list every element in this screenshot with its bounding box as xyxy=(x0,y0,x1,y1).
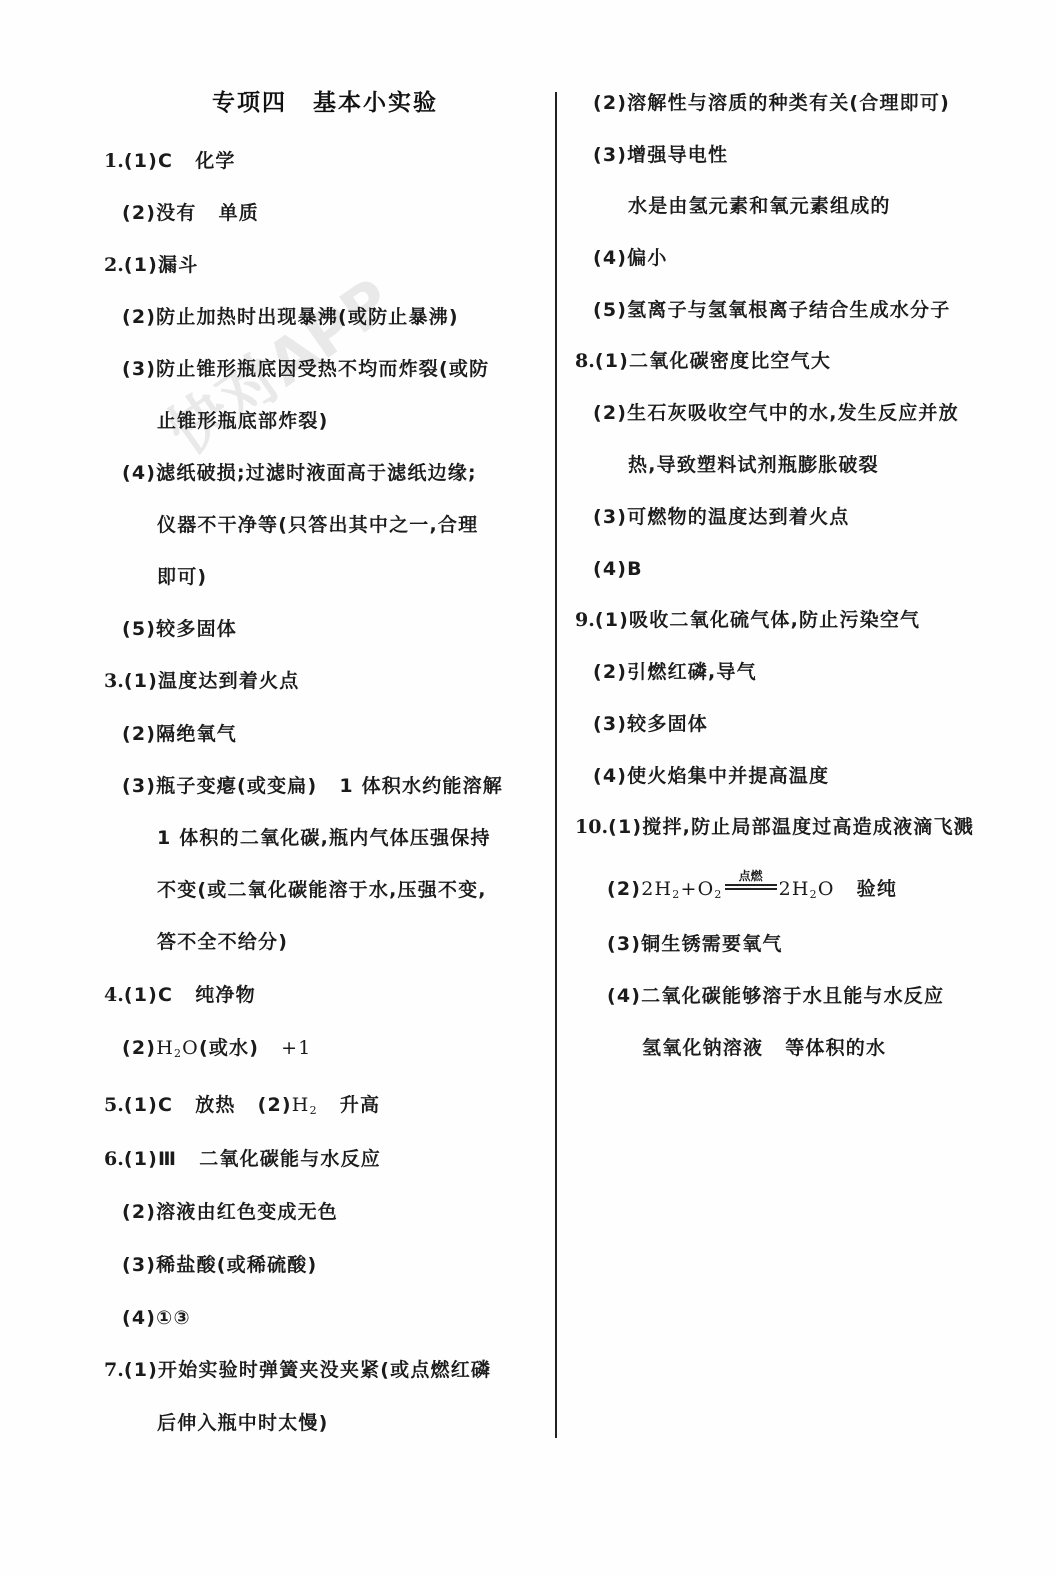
answer-line: 热,导致塑料试剂瓶膨胀破裂 xyxy=(628,452,879,478)
answer-text-secondary: 等体积的水 xyxy=(785,1037,886,1059)
question-number: 3. xyxy=(104,670,124,692)
formula-subscript: 2 xyxy=(310,1104,318,1117)
question-number: 1. xyxy=(104,150,124,172)
answer-line: (2)生石灰吸收空气中的水,发生反应并放 xyxy=(593,400,959,426)
reaction-equals-sign: 点燃 xyxy=(725,877,777,897)
sub-question-label: (2) xyxy=(258,1094,292,1116)
answer-text: (1)二氧化碳密度比空气大 xyxy=(595,350,831,372)
answer-text: (2)生石灰吸收空气中的水,发生反应并放 xyxy=(593,402,959,424)
answer-line: (5)氢离子与氢氧根离子结合生成水分子 xyxy=(593,297,950,323)
answer-text: 热,导致塑料试剂瓶膨胀破裂 xyxy=(628,454,879,476)
formula-element: O xyxy=(182,1037,199,1059)
answer-line: (4)二氧化碳能够溶于水且能与水反应 xyxy=(607,983,944,1009)
answer-line: (4)①③ xyxy=(122,1305,191,1331)
answer-line: 10.(1)搅拌,防止局部温度过高造成液滴飞溅 xyxy=(575,814,974,840)
formula-element: H xyxy=(156,1037,174,1059)
answer-text: 二氧化碳能与水反应 xyxy=(199,1148,381,1170)
answer-text: (3)瓶子变瘪(或变扁) xyxy=(122,775,317,797)
answer-text: (2)隔绝氧气 xyxy=(122,723,237,745)
answer-text: (3)较多固体 xyxy=(593,713,708,735)
answer-line: (2)溶液由红色变成无色 xyxy=(122,1199,338,1225)
answer-line: 3.(1)温度达到着火点 xyxy=(104,668,299,694)
answer-text: 后伸入瓶中时太慢) xyxy=(157,1412,328,1434)
sub-question-label: (2) xyxy=(122,1037,156,1059)
answer-text-secondary: 1 体积水约能溶解 xyxy=(339,775,503,797)
answer-line: 即可) xyxy=(157,564,207,590)
answer-text: (1)温度达到着火点 xyxy=(124,670,300,692)
answer-line: 1 体积的二氧化碳,瓶内气体压强保持 xyxy=(157,825,491,851)
answer-text: 升高 xyxy=(340,1094,380,1116)
answer-value: +1 xyxy=(281,1037,311,1059)
answer-text: (5)较多固体 xyxy=(122,618,237,640)
answer-text: 止锥形瓶底部炸裂) xyxy=(157,410,328,432)
answer-text: (2)溶液由红色变成无色 xyxy=(122,1201,338,1223)
answer-line: 9.(1)吸收二氧化硫气体,防止污染空气 xyxy=(575,607,920,633)
answer-line: (2)没有单质 xyxy=(122,200,259,226)
title-section: 专项四 xyxy=(212,90,287,116)
answer-text: (3)可燃物的温度达到着火点 xyxy=(593,506,849,528)
answer-text-secondary: 单质 xyxy=(219,202,259,224)
answer-line: (4)滤纸破损;过滤时液面高于滤纸边缘; xyxy=(122,460,477,486)
answer-text: (3)稀盐酸(或稀硫酸) xyxy=(122,1254,317,1276)
column-divider xyxy=(555,92,557,1438)
answer-line: 7.(1)开始实验时弹簧夹没夹紧(或点燃红磷 xyxy=(104,1357,491,1383)
answer-line: 1.(1)C化学 xyxy=(104,148,236,174)
sub-question-label: (1) xyxy=(124,1148,158,1170)
answer-line: (5)较多固体 xyxy=(122,616,237,642)
question-number: 10. xyxy=(575,816,608,838)
answer-line: 答不全不给分) xyxy=(157,929,288,955)
answer-text-secondary: 纯净物 xyxy=(195,984,256,1006)
formula-element: H xyxy=(654,878,672,900)
answer-line: (2)隔绝氧气 xyxy=(122,721,237,747)
title-topic: 基本小实验 xyxy=(313,90,438,116)
answer-line: (3)瓶子变瘪(或变扁)1 体积水约能溶解 xyxy=(122,773,503,799)
formula-coefficient: 2 xyxy=(641,878,654,900)
answer-note: (或水) xyxy=(199,1037,259,1059)
answer-text: 验纯 xyxy=(857,878,897,900)
answer-text: 答不全不给分) xyxy=(157,931,288,953)
answer-text: 1 体积的二氧化碳,瓶内气体压强保持 xyxy=(157,827,491,849)
answer-text: (2)溶解性与溶质的种类有关(合理即可) xyxy=(593,92,950,114)
answer-text: (2)防止加热时出现暴沸(或防止暴沸) xyxy=(122,306,459,328)
answer-text: (4)滤纸破损;过滤时液面高于滤纸边缘; xyxy=(122,462,477,484)
answer-text: 水是由氢元素和氧元素组成的 xyxy=(628,195,891,217)
answer-text: (1)C xyxy=(124,150,173,172)
page-title: 专项四基本小实验 xyxy=(100,84,550,117)
answer-line: (3)防止锥形瓶底因受热不均而炸裂(或防 xyxy=(122,356,489,382)
answer-text: (4)偏小 xyxy=(593,247,668,269)
answer-line: 4.(1)C纯净物 xyxy=(104,982,256,1008)
question-number: 6. xyxy=(104,1148,124,1170)
answer-line-6-1: 6.(1)Ⅲ二氧化碳能与水反应 xyxy=(104,1146,381,1172)
answer-text: (1)漏斗 xyxy=(124,254,199,276)
answer-text-secondary: 化学 xyxy=(195,150,235,172)
answer-text: 放热 xyxy=(195,1094,235,1116)
answer-text: 即可) xyxy=(157,566,207,588)
answer-line-10-2: (2)2H2+O2点燃2H2O验纯 xyxy=(607,876,897,902)
question-number: 2. xyxy=(104,254,124,276)
answer-line: (3)较多固体 xyxy=(593,711,708,737)
formula-subscript: 2 xyxy=(174,1047,182,1060)
formula-element: H xyxy=(292,1094,310,1116)
question-number: 7. xyxy=(104,1359,124,1381)
question-number: 9. xyxy=(575,609,595,631)
answer-line: 8.(1)二氧化碳密度比空气大 xyxy=(575,348,831,374)
answer-line: (3)铜生锈需要氧气 xyxy=(607,931,783,957)
answer-line: 水是由氢元素和氧元素组成的 xyxy=(628,193,891,219)
answer-text: 氢氧化钠溶液 xyxy=(642,1037,763,1059)
answer-text: (1)C xyxy=(124,984,173,1006)
answer-line: 仪器不干净等(只答出其中之一,合理 xyxy=(157,512,478,538)
answer-text: (1)开始实验时弹簧夹没夹紧(或点燃红磷 xyxy=(124,1359,491,1381)
answer-line: 氢氧化钠溶液等体积的水 xyxy=(642,1035,886,1061)
answer-text: 仪器不干净等(只答出其中之一,合理 xyxy=(157,514,478,536)
formula-subscript: 2 xyxy=(714,888,722,901)
formula-subscript: 2 xyxy=(810,888,818,901)
formula-element: O xyxy=(698,878,715,900)
answer-text: (4)二氧化碳能够溶于水且能与水反应 xyxy=(607,985,944,1007)
answer-line: (4)使火焰集中并提高温度 xyxy=(593,763,829,789)
answer-key-page: 快对APP 专项四基本小实验 1.(1)C化学(2)没有单质2.(1)漏斗(2)… xyxy=(0,0,1056,1576)
answer-line: (2)溶解性与溶质的种类有关(合理即可) xyxy=(593,90,950,116)
sub-question-label: (2) xyxy=(607,878,641,900)
answer-line: (3)增强导电性 xyxy=(593,142,728,168)
formula-coefficient: 2 xyxy=(779,878,792,900)
answer-line: (2)引燃红磷,导气 xyxy=(593,659,757,685)
answer-text: (2)没有 xyxy=(122,202,197,224)
answer-text: 不变(或二氧化碳能溶于水,压强不变, xyxy=(157,879,487,901)
formula-element: H xyxy=(792,878,810,900)
question-number: 5. xyxy=(104,1094,124,1116)
answer-line: (3)可燃物的温度达到着火点 xyxy=(593,504,849,530)
answer-text: (1)搅拌,防止局部温度过高造成液滴飞溅 xyxy=(608,816,974,838)
answer-line: 不变(或二氧化碳能溶于水,压强不变, xyxy=(157,877,487,903)
sub-question-answer: (1)C xyxy=(124,1094,173,1116)
roman-numeral: Ⅲ xyxy=(158,1148,177,1170)
answer-line: (2)防止加热时出现暴沸(或防止暴沸) xyxy=(122,304,459,330)
answer-text: (3)铜生锈需要氧气 xyxy=(607,933,783,955)
answer-line: 2.(1)漏斗 xyxy=(104,252,198,278)
answer-text: (2)引燃红磷,导气 xyxy=(593,661,757,683)
question-number: 4. xyxy=(104,984,124,1006)
formula-element: O xyxy=(818,878,835,900)
answer-line-5: 5.(1)C放热(2)H2升高 xyxy=(104,1092,380,1118)
answer-text: (1)吸收二氧化硫气体,防止污染空气 xyxy=(595,609,920,631)
answer-text: (3)防止锥形瓶底因受热不均而炸裂(或防 xyxy=(122,358,489,380)
question-number: 8. xyxy=(575,350,595,372)
answer-text: (3)增强导电性 xyxy=(593,144,728,166)
answer-text: (4)使火焰集中并提高温度 xyxy=(593,765,829,787)
answer-line: (4)B xyxy=(593,556,643,582)
plus-sign: + xyxy=(680,878,697,900)
answer-line: 后伸入瓶中时太慢) xyxy=(157,1410,328,1436)
answer-line: 止锥形瓶底部炸裂) xyxy=(157,408,328,434)
answer-line: (4)偏小 xyxy=(593,245,668,271)
answer-text: (4)①③ xyxy=(122,1307,191,1329)
answer-text: (4)B xyxy=(593,558,643,580)
answer-line: (3)稀盐酸(或稀硫酸) xyxy=(122,1252,317,1278)
answer-text: (5)氢离子与氢氧根离子结合生成水分子 xyxy=(593,299,950,321)
answer-line-4-2: (2)H2O(或水)+1 xyxy=(122,1035,312,1061)
